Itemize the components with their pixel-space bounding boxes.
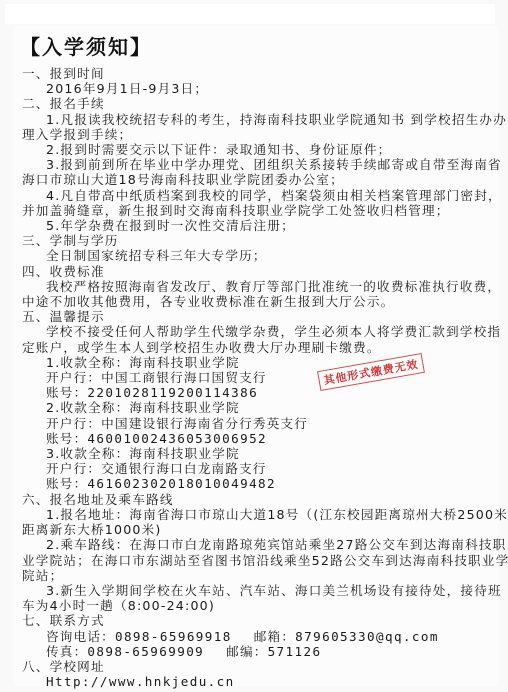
route-item-2: 2.乘车路线：在海口市白龙南路琼苑宾馆站乘坐27路公交车到达海南科技职 xyxy=(22,537,492,552)
document-body: 一、报到时间 2016年9月1日-9月3日； 二、报名手续 1.凡报读我校统招专… xyxy=(22,66,492,689)
address-item-1-cont: 距离新东大桥1000米) xyxy=(22,522,492,537)
fee-standard-text-cont: 中途不加收其他费用，各专业收费标准在新生报到大厅公示。 xyxy=(22,294,492,309)
procedure-item-4-cont: 并加盖骑缝章，新生报到时交海南科技职业学院学工处签收归档管理； xyxy=(22,203,492,218)
registration-dates: 2016年9月1日-9月3日； xyxy=(22,81,492,96)
email-label: 邮箱： xyxy=(254,629,295,644)
education-system-text: 全日制国家统招专科三年大专学历； xyxy=(22,248,492,263)
route-item-2-cont: 业学院站；在海口市东湖站至省图书馆沿线乘坐52路公交车到达海南科技职业学 xyxy=(22,553,492,568)
account-2-number-row: 账号：46001002436053006952 xyxy=(22,431,492,446)
procedure-item-4: 4.凡自带高中纸质档案到我校的同学，档案袋须由相关档案管理部门密封， xyxy=(22,188,492,203)
account-number-label: 账号： xyxy=(46,431,87,446)
phone-number: 0898-65969918 xyxy=(115,629,232,644)
account-3-bank: 开户行：交通银行海口白龙南路支行 xyxy=(22,461,492,476)
fax-label: 传真： xyxy=(46,644,87,659)
account-3-number: 461602302018010049482 xyxy=(87,476,276,491)
contact-phone-row: 咨询电话：0898-65969918邮箱：879605330@qq.com xyxy=(22,629,492,644)
account-2-bank: 开户行：中国建设银行海南省分行秀英支行 xyxy=(22,416,492,431)
section-heading-contact: 七、联系方式 xyxy=(22,613,492,628)
account-3-name: 3.收款全称：海南科技职业学院 xyxy=(22,446,492,461)
top-strip xyxy=(5,4,495,24)
section-heading-fee-standard: 四、收费标准 xyxy=(22,264,492,279)
procedure-item-3: 3.报到前到所在毕业中学办理党、团组织关系接转手续邮寄或自带至海南省 xyxy=(22,157,492,172)
account-1-number-row: 账号：2201028119200114386 xyxy=(22,385,492,400)
phone-label: 咨询电话： xyxy=(46,629,115,644)
address-item-1: 1.报名地址：海南省海口市琼山大道18号（(江东校园距离琼州大桥2500米、 xyxy=(22,507,492,522)
email-address: 879605330@qq.com xyxy=(295,629,439,644)
shuttle-item-3: 3.新生入学期间学校在火车站、汽车站、海口美兰机场设有接待处，接待班 xyxy=(22,583,492,598)
section-heading-education-system: 三、学制与学历 xyxy=(22,233,492,248)
page-title: 【入学须知】 xyxy=(20,31,152,60)
postcode-label: 邮编： xyxy=(226,644,267,659)
section-heading-registration-procedure: 二、报名手续 xyxy=(22,96,492,111)
procedure-item-5: 5.年学杂费在报到时一次性交清后注册； xyxy=(22,218,492,233)
route-item-2-cont2: 院站； xyxy=(22,568,492,583)
contact-fax-row: 传真：0898-65969909邮编：571126 xyxy=(22,644,492,659)
procedure-item-1: 1.凡报读我校统招专科的考生，持海南科技职业学院通知书 到学校招生办办 xyxy=(22,112,492,127)
account-2-name: 2.收款全称：海南科技职业学院 xyxy=(22,400,492,415)
account-1-number: 2201028119200114386 xyxy=(87,385,258,400)
account-number-label: 账号： xyxy=(46,476,87,491)
section-heading-registration-time: 一、报到时间 xyxy=(22,66,492,81)
procedure-item-2: 2.报到时需要交示以下证件：录取通知书、身份证原件； xyxy=(22,142,492,157)
procedure-item-3-cont: 海口市琼山大道18号海南科技职业学院团委办公室； xyxy=(22,172,492,187)
procedure-item-1-cont: 理入学报到手续； xyxy=(22,127,492,142)
reminder-text: 学校不接受任何人帮助学生代缴学杂费，学生必须本人将学费汇款到学校指 xyxy=(22,324,492,339)
fax-number: 0898-65969909 xyxy=(87,644,204,659)
section-heading-reminder: 五、温馨提示 xyxy=(22,309,492,324)
school-website-link[interactable]: Http://www.hnkjedu.cn xyxy=(22,674,492,689)
account-3-number-row: 账号：461602302018010049482 xyxy=(22,476,492,491)
postcode: 571126 xyxy=(268,644,322,659)
account-2-number: 46001002436053006952 xyxy=(87,431,267,446)
fee-standard-text: 我校严格按照海南省发改厅、教育厅等部门批准统一的收费标准执行收费， xyxy=(22,279,492,294)
section-heading-website: 八、学校网址 xyxy=(22,659,492,674)
account-number-label: 账号： xyxy=(46,385,87,400)
section-heading-address-route: 六、报名地址及乘车路线 xyxy=(22,492,492,507)
shuttle-item-3-cont: 车为4小时一趟（8:00-24:00) xyxy=(22,598,492,613)
